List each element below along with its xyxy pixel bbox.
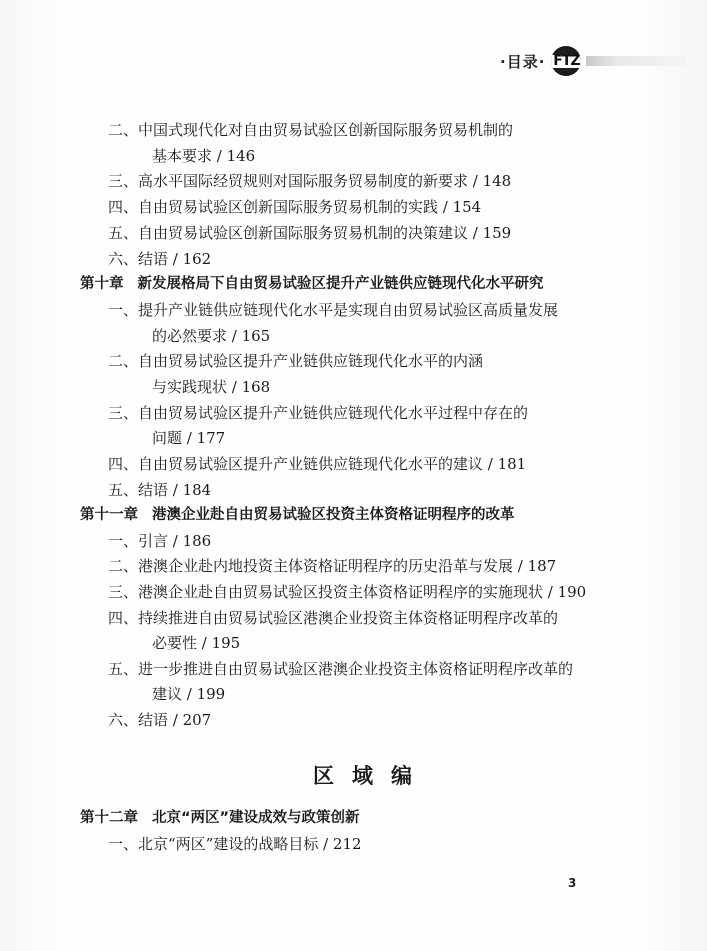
toc-entry: 三、高水平国际经贸规则对国际服务贸易制度的新要求 / 148	[108, 171, 511, 191]
toc-entry-continuation: 基本要求 / 146	[152, 146, 255, 166]
toc-entry: 四、持续推进自由贸易试验区港澳企业投资主体资格证明程序改革的	[108, 608, 558, 628]
toc-chapter-heading: 第十章新发展格局下自由贸易试验区提升产业链供应链现代化水平研究	[80, 274, 544, 294]
toc-entry: 三、港澳企业赴自由贸易试验区投资主体资格证明程序的实施现状 / 190	[108, 582, 586, 602]
header-label: ·目录·	[500, 51, 545, 72]
toc-chapter-heading: 第十一章港澳企业赴自由贸易试验区投资主体资格证明程序的改革	[80, 505, 515, 525]
toc-entry: 六、结语 / 162	[108, 249, 211, 269]
running-header: ·目录· FTZ	[500, 46, 686, 76]
chapter-title: 新发展格局下自由贸易试验区提升产业链供应链现代化水平研究	[138, 276, 544, 292]
page-number: 3	[568, 876, 576, 890]
toc-entry: 三、自由贸易试验区提升产业链供应链现代化水平过程中存在的	[108, 403, 528, 423]
toc-entry: 一、提升产业链供应链现代化水平是实现自由贸易试验区高质量发展	[108, 300, 558, 320]
toc-entry: 四、自由贸易试验区创新国际服务贸易机制的实践 / 154	[108, 197, 481, 217]
header-decorative-bar	[586, 56, 686, 66]
toc-entry-continuation: 建议 / 199	[152, 684, 225, 704]
toc-entry: 四、自由贸易试验区提升产业链供应链现代化水平的建议 / 181	[108, 454, 526, 474]
toc-entry: 二、中国式现代化对自由贸易试验区创新国际服务贸易机制的	[108, 120, 513, 140]
toc-entry: 二、港澳企业赴内地投资主体资格证明程序的历史沿革与发展 / 187	[108, 556, 556, 576]
chapter-title: 北京“两区”建设成效与政策创新	[152, 810, 360, 826]
section-title: 区域编	[0, 760, 707, 790]
toc-entry: 二、自由贸易试验区提升产业链供应链现代化水平的内涵	[108, 351, 483, 371]
toc-chapter-heading: 第十二章北京“两区”建设成效与政策创新	[80, 808, 360, 828]
chapter-number: 第十二章	[80, 808, 138, 828]
ftz-logo-icon: FTZ	[551, 46, 581, 76]
toc-entry: 六、结语 / 207	[108, 710, 211, 730]
toc-entry-continuation: 问题 / 177	[152, 428, 225, 448]
chapter-title: 港澳企业赴自由贸易试验区投资主体资格证明程序的改革	[152, 507, 515, 523]
chapter-number: 第十一章	[80, 505, 138, 525]
logo-text: FTZ	[551, 53, 581, 69]
chapter-number: 第十章	[80, 274, 124, 294]
toc-entry: 一、引言 / 186	[108, 531, 211, 551]
toc-entry: 一、北京“两区”建设的战略目标 / 212	[108, 834, 362, 854]
toc-entry-continuation: 的必然要求 / 165	[152, 326, 270, 346]
toc-entry-continuation: 必要性 / 195	[152, 633, 240, 653]
toc-entry: 五、进一步推进自由贸易试验区港澳企业投资主体资格证明程序改革的	[108, 659, 573, 679]
toc-entry: 五、自由贸易试验区创新国际服务贸易机制的决策建议 / 159	[108, 223, 511, 243]
document-page: ·目录· FTZ 二、中国式现代化对自由贸易试验区创新国际服务贸易机制的基本要求…	[0, 0, 707, 951]
toc-entry-continuation: 与实践现状 / 168	[152, 377, 270, 397]
toc-entry: 五、结语 / 184	[108, 480, 211, 500]
